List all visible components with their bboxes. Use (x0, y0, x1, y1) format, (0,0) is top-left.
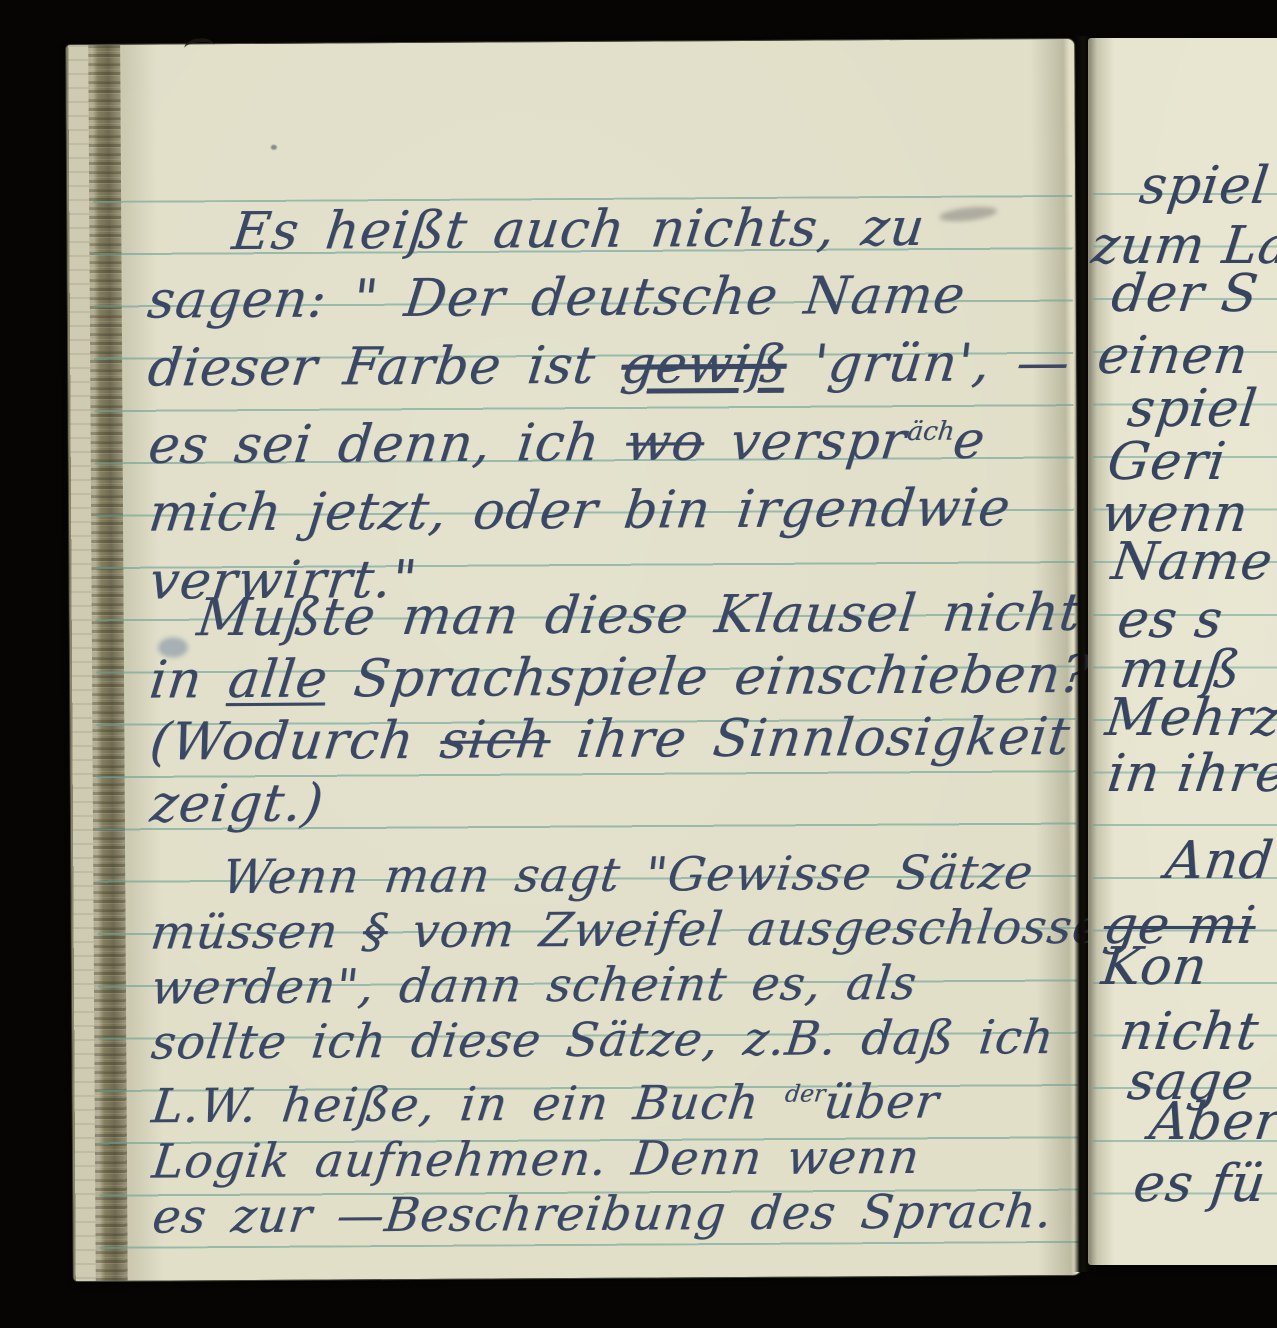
handwritten-fragment: spiel (1137, 160, 1272, 212)
handwritten-fragment: Name (1109, 536, 1276, 588)
handwritten-fragment: Kon (1099, 941, 1211, 993)
handwritten-fragment: nicht (1117, 1006, 1262, 1058)
handwritten-line: mich jetzt, oder bin irgendwie (145, 474, 1098, 548)
handwritten-line: zeigt.) (147, 768, 1099, 836)
handwritten-fragment: einen (1095, 330, 1252, 382)
right-page: spielzum Lader SeinenspielGeriwennNamees… (1088, 38, 1277, 1265)
handwritten-paragraph: Mußte man diese Klausel nichtin alle Spr… (146, 582, 1092, 836)
handwritten-line: Mußte man diese Klausel nicht (146, 582, 1098, 650)
top-corner-mark (183, 37, 215, 57)
handwritten-fragment: in ihre (1105, 748, 1277, 800)
left-page-text: Es heißt auch nichts, zusagen: " Der deu… (143, 193, 1095, 1281)
left-page: Es heißt auch nichts, zusagen: " Der deu… (66, 39, 1082, 1281)
handwritten-line: müssen § vom Zweifel ausgeschlossen (148, 900, 1099, 961)
handwritten-fragment: spiel (1125, 383, 1260, 435)
handwritten-line: werden", dann scheint es, als (148, 955, 1099, 1016)
handwritten-line: (Wodurch sich ihre Sinnlosigkeit (147, 706, 1099, 774)
ink-speck (271, 145, 277, 150)
handwritten-fragment: Geri (1105, 436, 1229, 488)
handwritten-line: L.W. heiße, in ein Buch derüber (149, 1065, 1101, 1134)
handwritten-line: Wenn man sagt "Gewisse Sätze (147, 845, 1098, 906)
handwritten-fragment: der S (1109, 268, 1261, 320)
handwritten-fragment: And (1163, 835, 1277, 887)
handwritten-fragment: es s (1115, 594, 1226, 646)
handwritten-line: dieser Farbe ist gewiß 'grün', — (144, 329, 1097, 403)
handwritten-paragraph: Wenn man sagt "Gewisse Sätzemüssen § vom… (147, 845, 1094, 1244)
handwritten-line: Es heißt auch nichts, zu (144, 193, 1097, 267)
handwritten-line: in alle Sprachspiele einschieben? (146, 644, 1098, 712)
handwritten-line: sollte ich diese Sätze, z.B. daß ich (149, 1010, 1100, 1071)
handwritten-line: sagen: " Der deutsche Name (144, 261, 1097, 335)
notebook-scan: Es heißt auch nichts, zusagen: " Der deu… (0, 0, 1277, 1328)
handwritten-paragraph: Es heißt auch nichts, zusagen: " Der deu… (143, 193, 1091, 616)
handwritten-fragment: Aber (1147, 1096, 1277, 1148)
right-page-text: spielzum Lader SeinenspielGeriwennNamees… (1088, 38, 1277, 1265)
fore-edge-shadow-band (88, 45, 128, 1281)
handwritten-fragment: Mehrz (1103, 692, 1277, 744)
page-fore-edges (66, 45, 128, 1281)
handwritten-line: es zur —Beschreibung des Sprach. (150, 1183, 1101, 1244)
handwritten-line: Logik aufnehmen. Denn wenn (149, 1128, 1100, 1189)
handwritten-line: es sei denn, ich wo verspräche (145, 397, 1099, 480)
handwritten-fragment: es fü (1131, 1158, 1269, 1210)
